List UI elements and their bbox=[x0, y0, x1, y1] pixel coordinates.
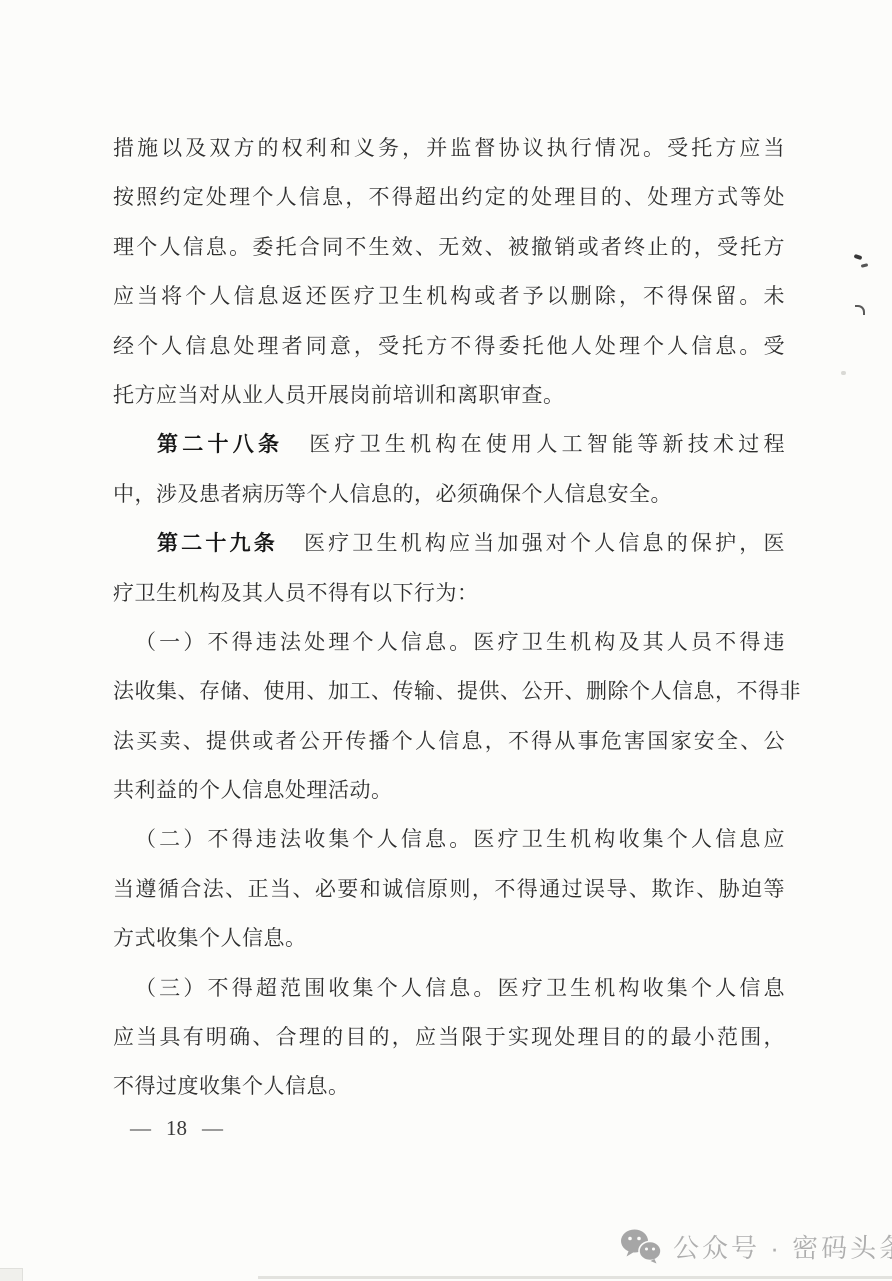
text-line: 疗卫生机构及其人员不得有以下行为： bbox=[113, 569, 785, 618]
article-28-text: 医疗卫生机构在使用人工智能等新技术过程 bbox=[309, 432, 785, 456]
article-29-label: 第二十九条 bbox=[157, 532, 278, 555]
scan-edge-shadow bbox=[258, 1276, 892, 1279]
article-29-text: 医疗卫生机构应当加强对个人信息的保护，医 bbox=[304, 531, 785, 555]
watermark: 公众号 · 密码头条 bbox=[620, 1228, 892, 1264]
list-item-3-line: （三）不得超范围收集个人信息。医疗卫生机构收集个人信息 bbox=[113, 964, 785, 1013]
text-line: 托方应当对从业人员开展岗前培训和离职审查。 bbox=[113, 371, 785, 420]
article-29-line: 第二十九条医疗卫生机构应当加强对个人信息的保护，医 bbox=[113, 519, 785, 568]
page-number-dash-left: — bbox=[130, 1116, 151, 1141]
document-page: 措施以及双方的权利和义务，并监督协议执行情况。受托方应当 按照约定处理个人信息，… bbox=[0, 0, 892, 1280]
watermark-text: 公众号 · 密码头条 bbox=[673, 1228, 892, 1265]
scan-speck bbox=[841, 371, 846, 375]
text-line: 应当将个人信息返还医疗卫生机构或者予以删除，不得保留。未 bbox=[113, 272, 785, 321]
text-line: 中，涉及患者病历等个人信息的，必须确保个人信息安全。 bbox=[113, 470, 785, 519]
list-item-2-line: （二）不得违法收集个人信息。医疗卫生机构收集个人信息应 bbox=[113, 815, 785, 864]
scan-speck bbox=[861, 263, 869, 268]
scan-speck bbox=[854, 254, 863, 260]
document-body: 措施以及双方的权利和义务，并监督协议执行情况。受托方应当 按照约定处理个人信息，… bbox=[113, 124, 785, 1112]
article-28-line: 第二十八条医疗卫生机构在使用人工智能等新技术过程 bbox=[113, 420, 785, 469]
page-number-dash-right: — bbox=[202, 1116, 223, 1141]
text-line: 当遵循合法、正当、必要和诚信原则，不得通过误导、欺诈、胁迫等 bbox=[113, 865, 785, 914]
article-28-label: 第二十八条 bbox=[157, 433, 283, 456]
page-number: —18— bbox=[130, 1112, 223, 1144]
scan-speck bbox=[855, 305, 865, 315]
wechat-icon bbox=[620, 1228, 662, 1264]
text-line: 法买卖、提供或者公开传播个人信息，不得从事危害国家安全、公 bbox=[113, 717, 785, 766]
text-line: 应当具有明确、合理的目的，应当限于实现处理目的的最小范围， bbox=[113, 1013, 785, 1062]
text-line: 理个人信息。委托合同不生效、无效、被撤销或者终止的，受托方 bbox=[113, 223, 785, 272]
text-line: 共利益的个人信息处理活动。 bbox=[113, 766, 785, 815]
text-line: 不得过度收集个人信息。 bbox=[113, 1062, 785, 1111]
scan-corner-mark bbox=[0, 1268, 23, 1280]
list-item-1-line: （一）不得违法处理个人信息。医疗卫生机构及其人员不得违 bbox=[113, 618, 785, 667]
text-line: 措施以及双方的权利和义务，并监督协议执行情况。受托方应当 bbox=[113, 124, 785, 173]
text-line: 按照约定处理个人信息，不得超出约定的处理目的、处理方式等处 bbox=[113, 173, 785, 222]
text-line: 法收集、存储、使用、加工、传输、提供、公开、删除个人信息，不得非 bbox=[113, 667, 785, 716]
page-number-value: 18 bbox=[166, 1116, 187, 1141]
text-line: 方式收集个人信息。 bbox=[113, 914, 785, 963]
text-line: 经个人信息处理者同意，受托方不得委托他人处理个人信息。受 bbox=[113, 322, 785, 371]
